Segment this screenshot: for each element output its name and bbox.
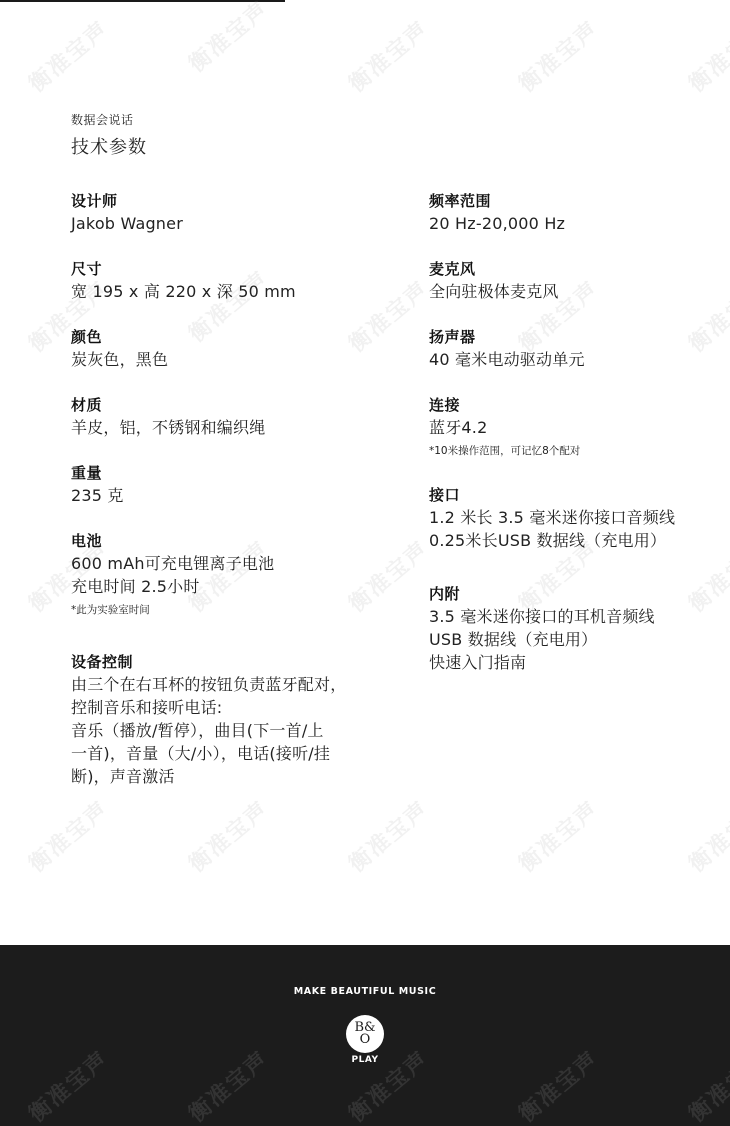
spec-weight: 重量 235 克 [71, 462, 371, 507]
spec-value: 充电时间 2.5小时 [71, 575, 371, 598]
watermark: 衡准宝声 [341, 13, 434, 98]
spec-value: 600 mAh可充电锂离子电池 [71, 552, 371, 575]
page-title: 技术参数 [71, 133, 147, 159]
watermark: 衡准宝声 [21, 13, 114, 98]
spec-material: 材质 羊皮，铝，不锈钢和编织绳 [71, 394, 371, 439]
spec-speaker: 扬声器 40 毫米电动驱动单元 [429, 326, 719, 371]
spec-label: 尺寸 [71, 258, 371, 280]
spec-label: 频率范围 [429, 190, 719, 212]
watermark: 衡准宝声 [511, 793, 604, 878]
spec-label: 连接 [429, 394, 719, 416]
spec-label: 麦克风 [429, 258, 719, 280]
logo-mark: B& O [354, 1022, 375, 1046]
spec-connectivity: 连接 蓝牙4.2 *10米操作范围，可记忆8个配对 [429, 394, 719, 461]
spec-footnote: *此为实验室时间 [71, 600, 371, 620]
spec-value: 音乐（播放/暂停），曲目(下一首/上 [71, 719, 371, 742]
spec-value: 一首)，音量（大/小），电话(接听/挂 [71, 742, 371, 765]
spec-value: 235 克 [71, 484, 371, 507]
watermark: 衡准宝声 [21, 793, 114, 878]
spec-dimensions: 尺寸 宽 195 x 高 220 x 深 50 mm [71, 258, 371, 303]
spec-value: 全向驻极体麦克风 [429, 280, 719, 303]
spec-value: 控制音乐和接听电话: [71, 696, 371, 719]
spec-label: 扬声器 [429, 326, 719, 348]
spec-value: 0.25米长USB 数据线（充电用） [429, 529, 719, 552]
spec-value: 3.5 毫米迷你接口的耳机音频线 [429, 605, 719, 628]
brand-tagline: MAKE BEAUTIFUL MUSIC [0, 986, 730, 997]
spec-label: 设计师 [71, 190, 371, 212]
spec-value: 1.2 米长 3.5 毫米迷你接口音频线 [429, 506, 719, 529]
watermark: 衡准宝声 [681, 793, 730, 878]
watermark: 衡准宝声 [181, 793, 274, 878]
spec-footnote: *10米操作范围，可记忆8个配对 [429, 441, 719, 461]
spec-value: USB 数据线（充电用） [429, 628, 719, 651]
spec-label: 接口 [429, 484, 719, 506]
spec-label: 设备控制 [71, 651, 371, 673]
spec-microphone: 麦克风 全向驻极体麦克风 [429, 258, 719, 303]
spec-label: 材质 [71, 394, 371, 416]
spec-value: 宽 195 x 高 220 x 深 50 mm [71, 280, 371, 303]
spec-label: 内附 [429, 583, 719, 605]
spec-value: 炭灰色，黑色 [71, 348, 371, 371]
spec-label: 颜色 [71, 326, 371, 348]
spec-interface: 接口 1.2 米长 3.5 毫米迷你接口音频线 0.25米长USB 数据线（充电… [429, 484, 719, 552]
section-eyebrow: 数据会说话 [71, 111, 134, 128]
spec-value: Jakob Wagner [71, 212, 371, 235]
spec-designer: 设计师 Jakob Wagner [71, 190, 371, 235]
bo-logo-icon: B& O [346, 1015, 384, 1053]
spec-value: 20 Hz-20,000 Hz [429, 212, 719, 235]
spec-value: 断)，声音激活 [71, 765, 371, 788]
spec-label: 重量 [71, 462, 371, 484]
brand-footer: MAKE BEAUTIFUL MUSIC B& O PLAY 衡准宝声 衡准宝声… [0, 945, 730, 1126]
spec-in-the-box: 内附 3.5 毫米迷你接口的耳机音频线 USB 数据线（充电用） 快速入门指南 [429, 583, 719, 674]
spec-battery: 电池 600 mAh可充电锂离子电池 充电时间 2.5小时 *此为实验室时间 [71, 530, 371, 620]
spec-value: 快速入门指南 [429, 651, 719, 674]
spec-frequency-range: 频率范围 20 Hz-20,000 Hz [429, 190, 719, 235]
spec-color: 颜色 炭灰色，黑色 [71, 326, 371, 371]
watermark: 衡准宝声 [681, 13, 730, 98]
top-divider [0, 0, 285, 2]
spec-value: 羊皮，铝，不锈钢和编织绳 [71, 416, 371, 439]
watermark: 衡准宝声 [181, 0, 274, 78]
spec-value: 蓝牙4.2 [429, 416, 719, 439]
spec-device-control: 设备控制 由三个在右耳杯的按钮负责蓝牙配对， 控制音乐和接听电话: 音乐（播放/… [71, 651, 371, 788]
watermark: 衡准宝声 [511, 13, 604, 98]
spec-value: 由三个在右耳杯的按钮负责蓝牙配对， [71, 673, 371, 696]
spec-value: 40 毫米电动驱动单元 [429, 348, 719, 371]
spec-label: 电池 [71, 530, 371, 552]
logo-mark-bottom: O [354, 1034, 375, 1046]
logo-subtitle: PLAY [0, 1055, 730, 1065]
watermark: 衡准宝声 [341, 793, 434, 878]
